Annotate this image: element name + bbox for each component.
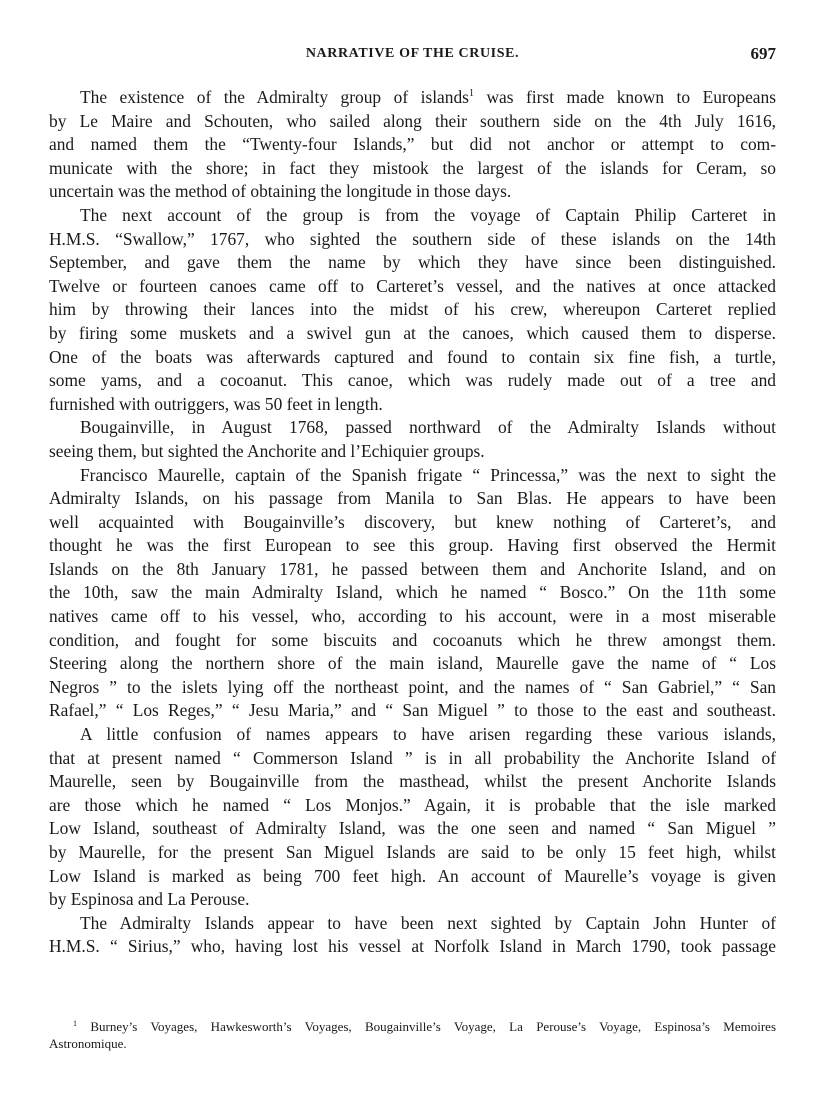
footnote-line: Astronomique. — [49, 1035, 776, 1052]
text-line: and named them the “Twenty-four Islands,… — [49, 133, 776, 157]
text-line: The existence of the Admiralty group of … — [49, 86, 776, 110]
text-line: condition, and fought for some biscuits … — [49, 629, 776, 653]
footnote-text: Burney’s Voyages, Hawkesworth’s Voyages,… — [90, 1019, 776, 1034]
text-line: Rafael,” “ Los Reges,” “ Jesu Maria,” an… — [49, 699, 776, 723]
text-line: One of the boats was afterwards captured… — [49, 346, 776, 370]
running-head: NARRATIVE OF THE CRUISE. 697 — [49, 44, 776, 66]
text-line: Admiralty Islands, on his passage from M… — [49, 487, 776, 511]
text-line-span: The existence of the Admiralty group of … — [80, 87, 469, 107]
running-title: NARRATIVE OF THE CRUISE. — [49, 46, 776, 62]
text-line: Low Island, southeast of Admiralty Islan… — [49, 817, 776, 841]
text-line: uncertain was the method of obtaining th… — [49, 180, 776, 204]
footnotes: 1 Burney’s Voyages, Hawkesworth’s Voyage… — [49, 1018, 776, 1052]
text-line: by Maurelle, for the present San Miguel … — [49, 841, 776, 865]
text-line: Twelve or fourteen canoes came off to Ca… — [49, 275, 776, 299]
footnote-marker: 1 — [73, 1019, 77, 1028]
text-line: some yams, and a cocoanut. This canoe, w… — [49, 369, 776, 393]
text-line: are those which he named “ Los Monjos.” … — [49, 794, 776, 818]
text-line: that at present named “ Commerson Island… — [49, 747, 776, 771]
text-line-span: was first made known to Europeans — [486, 87, 776, 107]
text-line: by Le Maire and Schouten, who sailed alo… — [49, 110, 776, 134]
text-line: H.M.S. “Swallow,” 1767, who sighted the … — [49, 228, 776, 252]
text-line: Bougainville, in August 1768, passed nor… — [49, 416, 776, 440]
text-line: Francisco Maurelle, captain of the Spani… — [49, 464, 776, 488]
text-line: seeing them, but sighted the Anchorite a… — [49, 440, 776, 464]
text-line: by firing some muskets and a swivel gun … — [49, 322, 776, 346]
text-line: furnished with outriggers, was 50 feet i… — [49, 393, 776, 417]
text-line: thought he was the first European to see… — [49, 534, 776, 558]
body-text: The existence of the Admiralty group of … — [49, 86, 776, 959]
text-line: Islands on the 8th January 1781, he pass… — [49, 558, 776, 582]
text-line: A little confusion of names appears to h… — [49, 723, 776, 747]
text-line: well acquainted with Bougainville’s disc… — [49, 511, 776, 535]
text-line: H.M.S. “ Sirius,” who, having lost his v… — [49, 935, 776, 959]
text-line: Steering along the northern shore of the… — [49, 652, 776, 676]
text-line: the 10th, saw the main Admiralty Island,… — [49, 581, 776, 605]
text-line: Maurelle, seen by Bougainville from the … — [49, 770, 776, 794]
text-line: The next account of the group is from th… — [49, 204, 776, 228]
text-line: municate with the shore; in fact they mi… — [49, 157, 776, 181]
text-line: The Admiralty Islands appear to have bee… — [49, 912, 776, 936]
text-line: by Espinosa and La Perouse. — [49, 888, 776, 912]
text-line: Low Island is marked as being 700 feet h… — [49, 865, 776, 889]
page-number: 697 — [751, 44, 777, 64]
text-line: September, and gave them the name by whi… — [49, 251, 776, 275]
footnote-reference[interactable]: 1 — [469, 88, 474, 99]
text-line: natives came off to his vessel, who, acc… — [49, 605, 776, 629]
footnote-line: 1 Burney’s Voyages, Hawkesworth’s Voyage… — [49, 1018, 776, 1035]
text-line: Negros ” to the islets lying off the nor… — [49, 676, 776, 700]
text-line: him by throwing their lances into the mi… — [49, 298, 776, 322]
